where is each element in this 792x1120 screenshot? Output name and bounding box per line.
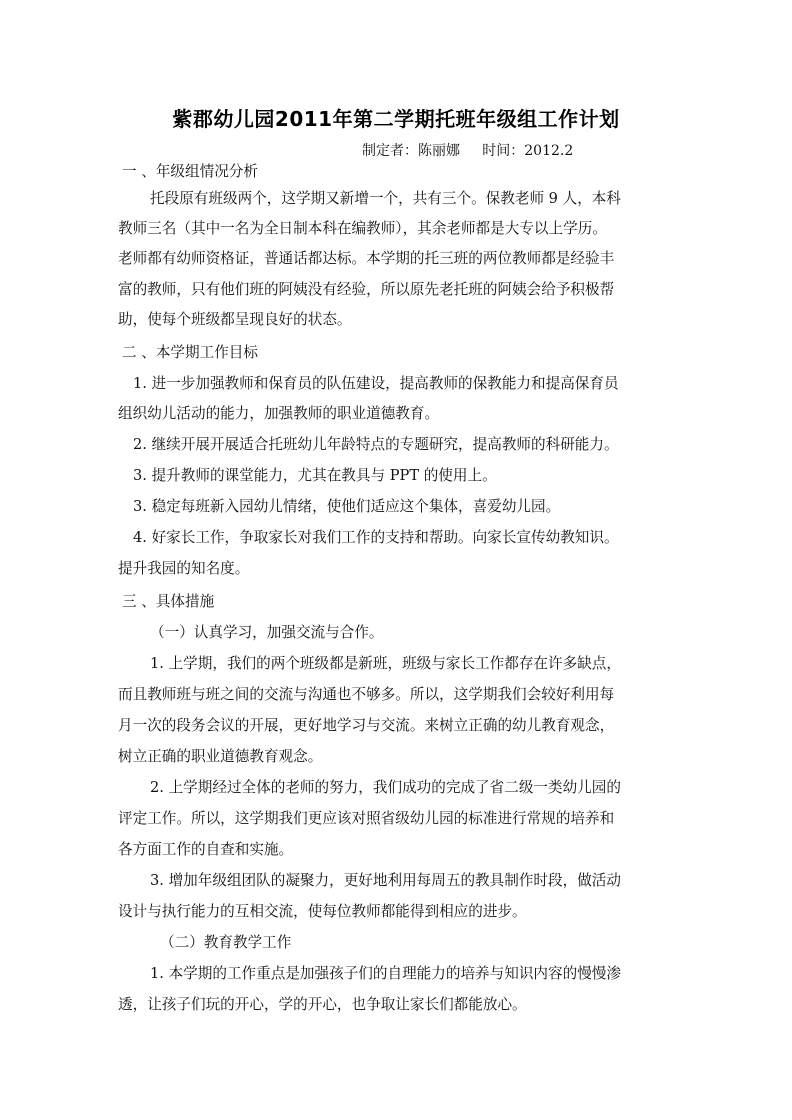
paragraph-line: 评定工作。所以，这学期我们更应该对照省级幼儿园的标准进行常规的培养和 — [118, 807, 614, 828]
paragraph-line: 透，让孩子们玩的开心，学的开心，也争取让家长们都能放心。 — [118, 993, 527, 1014]
paragraph-line: 2. 上学期经过全体的老师的努力，我们成功的完成了省二级一类幼儿园的 — [150, 776, 621, 797]
paragraph-line: 各方面工作的自查和实施。 — [118, 838, 293, 859]
paragraph-line: 4. 好家长工作，争取家长对我们工作的支持和帮助。向家长宣传幼教知识。 — [133, 526, 619, 547]
document-title: 紫郡幼儿园2011年第二学期托班年级组工作计划 — [0, 103, 792, 132]
author-date-line: 制定者：陈丽娜 时间：2012.2 — [362, 140, 573, 160]
paragraph-line: 而且教师班与班之间的交流与沟通也不够多。所以，这学期我们会较好利用每 — [118, 683, 614, 704]
paragraph-line: 助，使每个班级都呈现良好的状态。 — [118, 308, 352, 329]
document-page: 紫郡幼儿园2011年第二学期托班年级组工作计划 制定者：陈丽娜 时间：2012.… — [0, 0, 792, 1120]
paragraph-line: 3. 提升教师的课堂能力，尤其在教具与 PPT 的使用上。 — [133, 464, 497, 485]
paragraph-line: 提升我园的知名度。 — [118, 557, 249, 578]
paragraph-line: 月一次的段务会议的开展，更好地学习与交流。来树立正确的幼儿教育观念， — [118, 714, 614, 735]
paragraph-line: 老师都有幼师资格证，普通话都达标。本学期的托三班的两位教师都是经验丰 — [118, 247, 614, 268]
paragraph-line: 1. 进一步加强教师和保育员的队伍建设，提高教师的保教能力和提高保育员 — [133, 372, 619, 393]
paragraph-line: 2. 继续开展开展适合托班幼儿年龄特点的专题研究，提高教师的科研能力。 — [133, 433, 619, 454]
paragraph-line: 1. 本学期的工作重点是加强孩子们的自理能力的培养与知识内容的慢慢渗 — [150, 962, 621, 983]
paragraph-line: 富的教师，只有他们班的阿姨没有经验，所以原先老托班的阿姨会给予积极帮 — [118, 278, 614, 299]
paragraph-line: 组织幼儿活动的能力，加强教师的职业道德教育。 — [118, 402, 439, 423]
paragraph-line: 教师三名（其中一名为全日制本科在编教师），其余老师都是大专以上学历。 — [118, 217, 607, 238]
section-heading: 三 、具体措施 — [122, 590, 214, 611]
paragraph-line: 3. 增加年级组团队的凝聚力，更好地利用每周五的教具制作时段，做活动 — [150, 869, 621, 890]
paragraph-line: 托段原有班级两个，这学期又新增一个，共有三个。保教老师 9 人，本科 — [150, 187, 621, 208]
paragraph-line: 设计与执行能力的互相交流，使每位教师都能得到相应的进步。 — [118, 900, 527, 921]
section-heading: 一 、年级组情况分析 — [122, 160, 258, 181]
paragraph-line: （二）教育教学工作 — [160, 931, 291, 952]
paragraph-line: 3. 稳定每班新入园幼儿情绪，使他们适应这个集体，喜爱幼儿园。 — [133, 495, 560, 516]
section-heading: 二 、本学期工作目标 — [122, 341, 258, 362]
paragraph-line: 树立正确的职业道德教育观念。 — [118, 745, 322, 766]
paragraph-line: 1. 上学期，我们的两个班级都是新班，班级与家长工作都存在许多缺点， — [150, 652, 621, 673]
paragraph-line: （一）认真学习，加强交流与合作。 — [150, 621, 384, 642]
